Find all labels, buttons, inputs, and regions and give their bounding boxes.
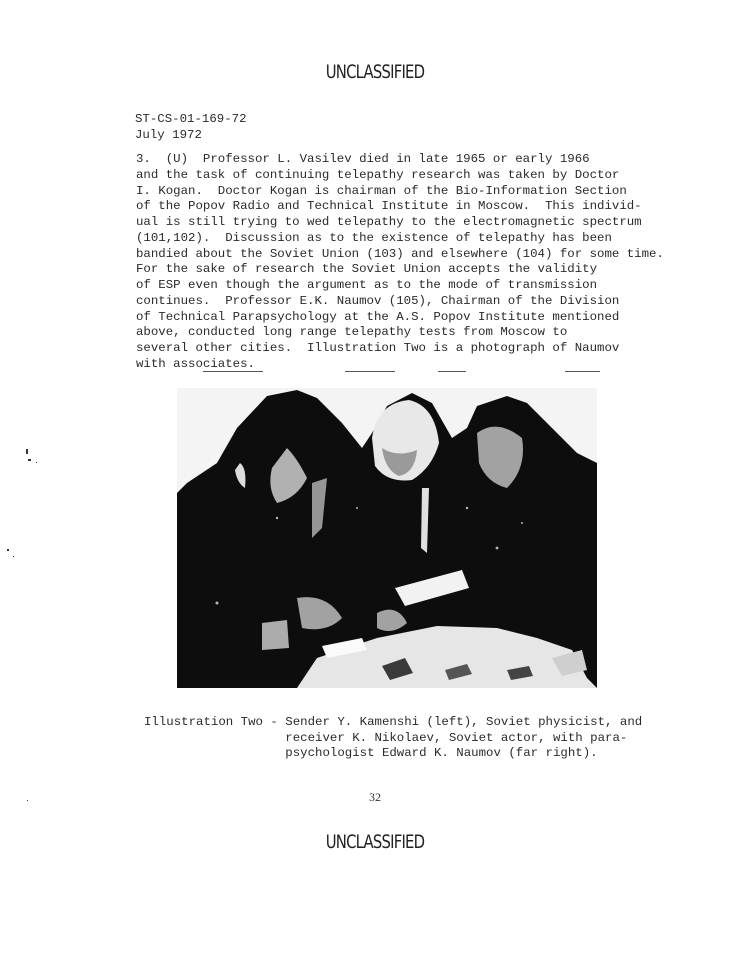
scan-artifact — [26, 449, 28, 454]
separator-line — [345, 371, 395, 372]
paragraph-line: ual is still trying to wed telepathy to … — [136, 215, 664, 231]
caption-line: receiver K. Nikolaev, Soviet actor, with… — [144, 731, 642, 747]
paragraph-line: For the sake of research the Soviet Unio… — [136, 262, 664, 278]
classification-header: UNCLASSIFIED — [83, 61, 668, 83]
document-id: ST-CS-01-169-72 — [135, 112, 247, 126]
separator-line — [203, 371, 263, 372]
document-page: UNCLASSIFIED ST-CS-01-169-72 July 1972 3… — [0, 0, 750, 972]
scan-artifact — [28, 459, 31, 461]
document-identifier-block: ST-CS-01-169-72 July 1972 — [135, 111, 247, 143]
figure-caption: Illustration Two - Sender Y. Kamenshi (l… — [144, 715, 642, 762]
photograph-image — [177, 388, 597, 688]
paragraph-line: and the task of continuing telepathy res… — [136, 168, 664, 184]
paragraph-line: (101,102). Discussion as to the existenc… — [136, 231, 664, 247]
paragraph-line: several other cities. Illustration Two i… — [136, 341, 664, 357]
scan-artifact — [7, 549, 9, 551]
body-paragraph: 3. (U) Professor L. Vasilev died in late… — [136, 152, 664, 373]
paragraph-line: bandied about the Soviet Union (103) and… — [136, 247, 664, 263]
paragraph-line: I. Kogan. Doctor Kogan is chairman of th… — [136, 184, 664, 200]
classification-footer: UNCLASSIFIED — [83, 831, 668, 853]
paragraph-line: of ESP even though the argument as to th… — [136, 278, 664, 294]
document-date: July 1972 — [135, 128, 202, 142]
paragraph-line: of the Popov Radio and Technical Institu… — [136, 199, 664, 215]
page-number: 32 — [0, 790, 750, 805]
caption-line: Illustration Two - Sender Y. Kamenshi (l… — [144, 715, 642, 731]
paragraph-line: 3. (U) Professor L. Vasilev died in late… — [136, 152, 664, 168]
scan-artifact — [13, 556, 14, 557]
paragraph-line: continues. Professor E.K. Naumov (105), … — [136, 294, 664, 310]
paragraph-line: of Technical Parapsychology at the A.S. … — [136, 310, 664, 326]
separator-line — [565, 371, 600, 372]
scan-artifact — [27, 800, 28, 801]
separator-line — [438, 371, 466, 372]
scan-artifact — [36, 462, 37, 463]
illustration-two-photograph — [177, 388, 597, 688]
caption-line: psychologist Edward K. Naumov (far right… — [144, 746, 642, 762]
caption-label: Illustration Two - — [144, 715, 285, 729]
paragraph-line: above, conducted long range telepathy te… — [136, 325, 664, 341]
